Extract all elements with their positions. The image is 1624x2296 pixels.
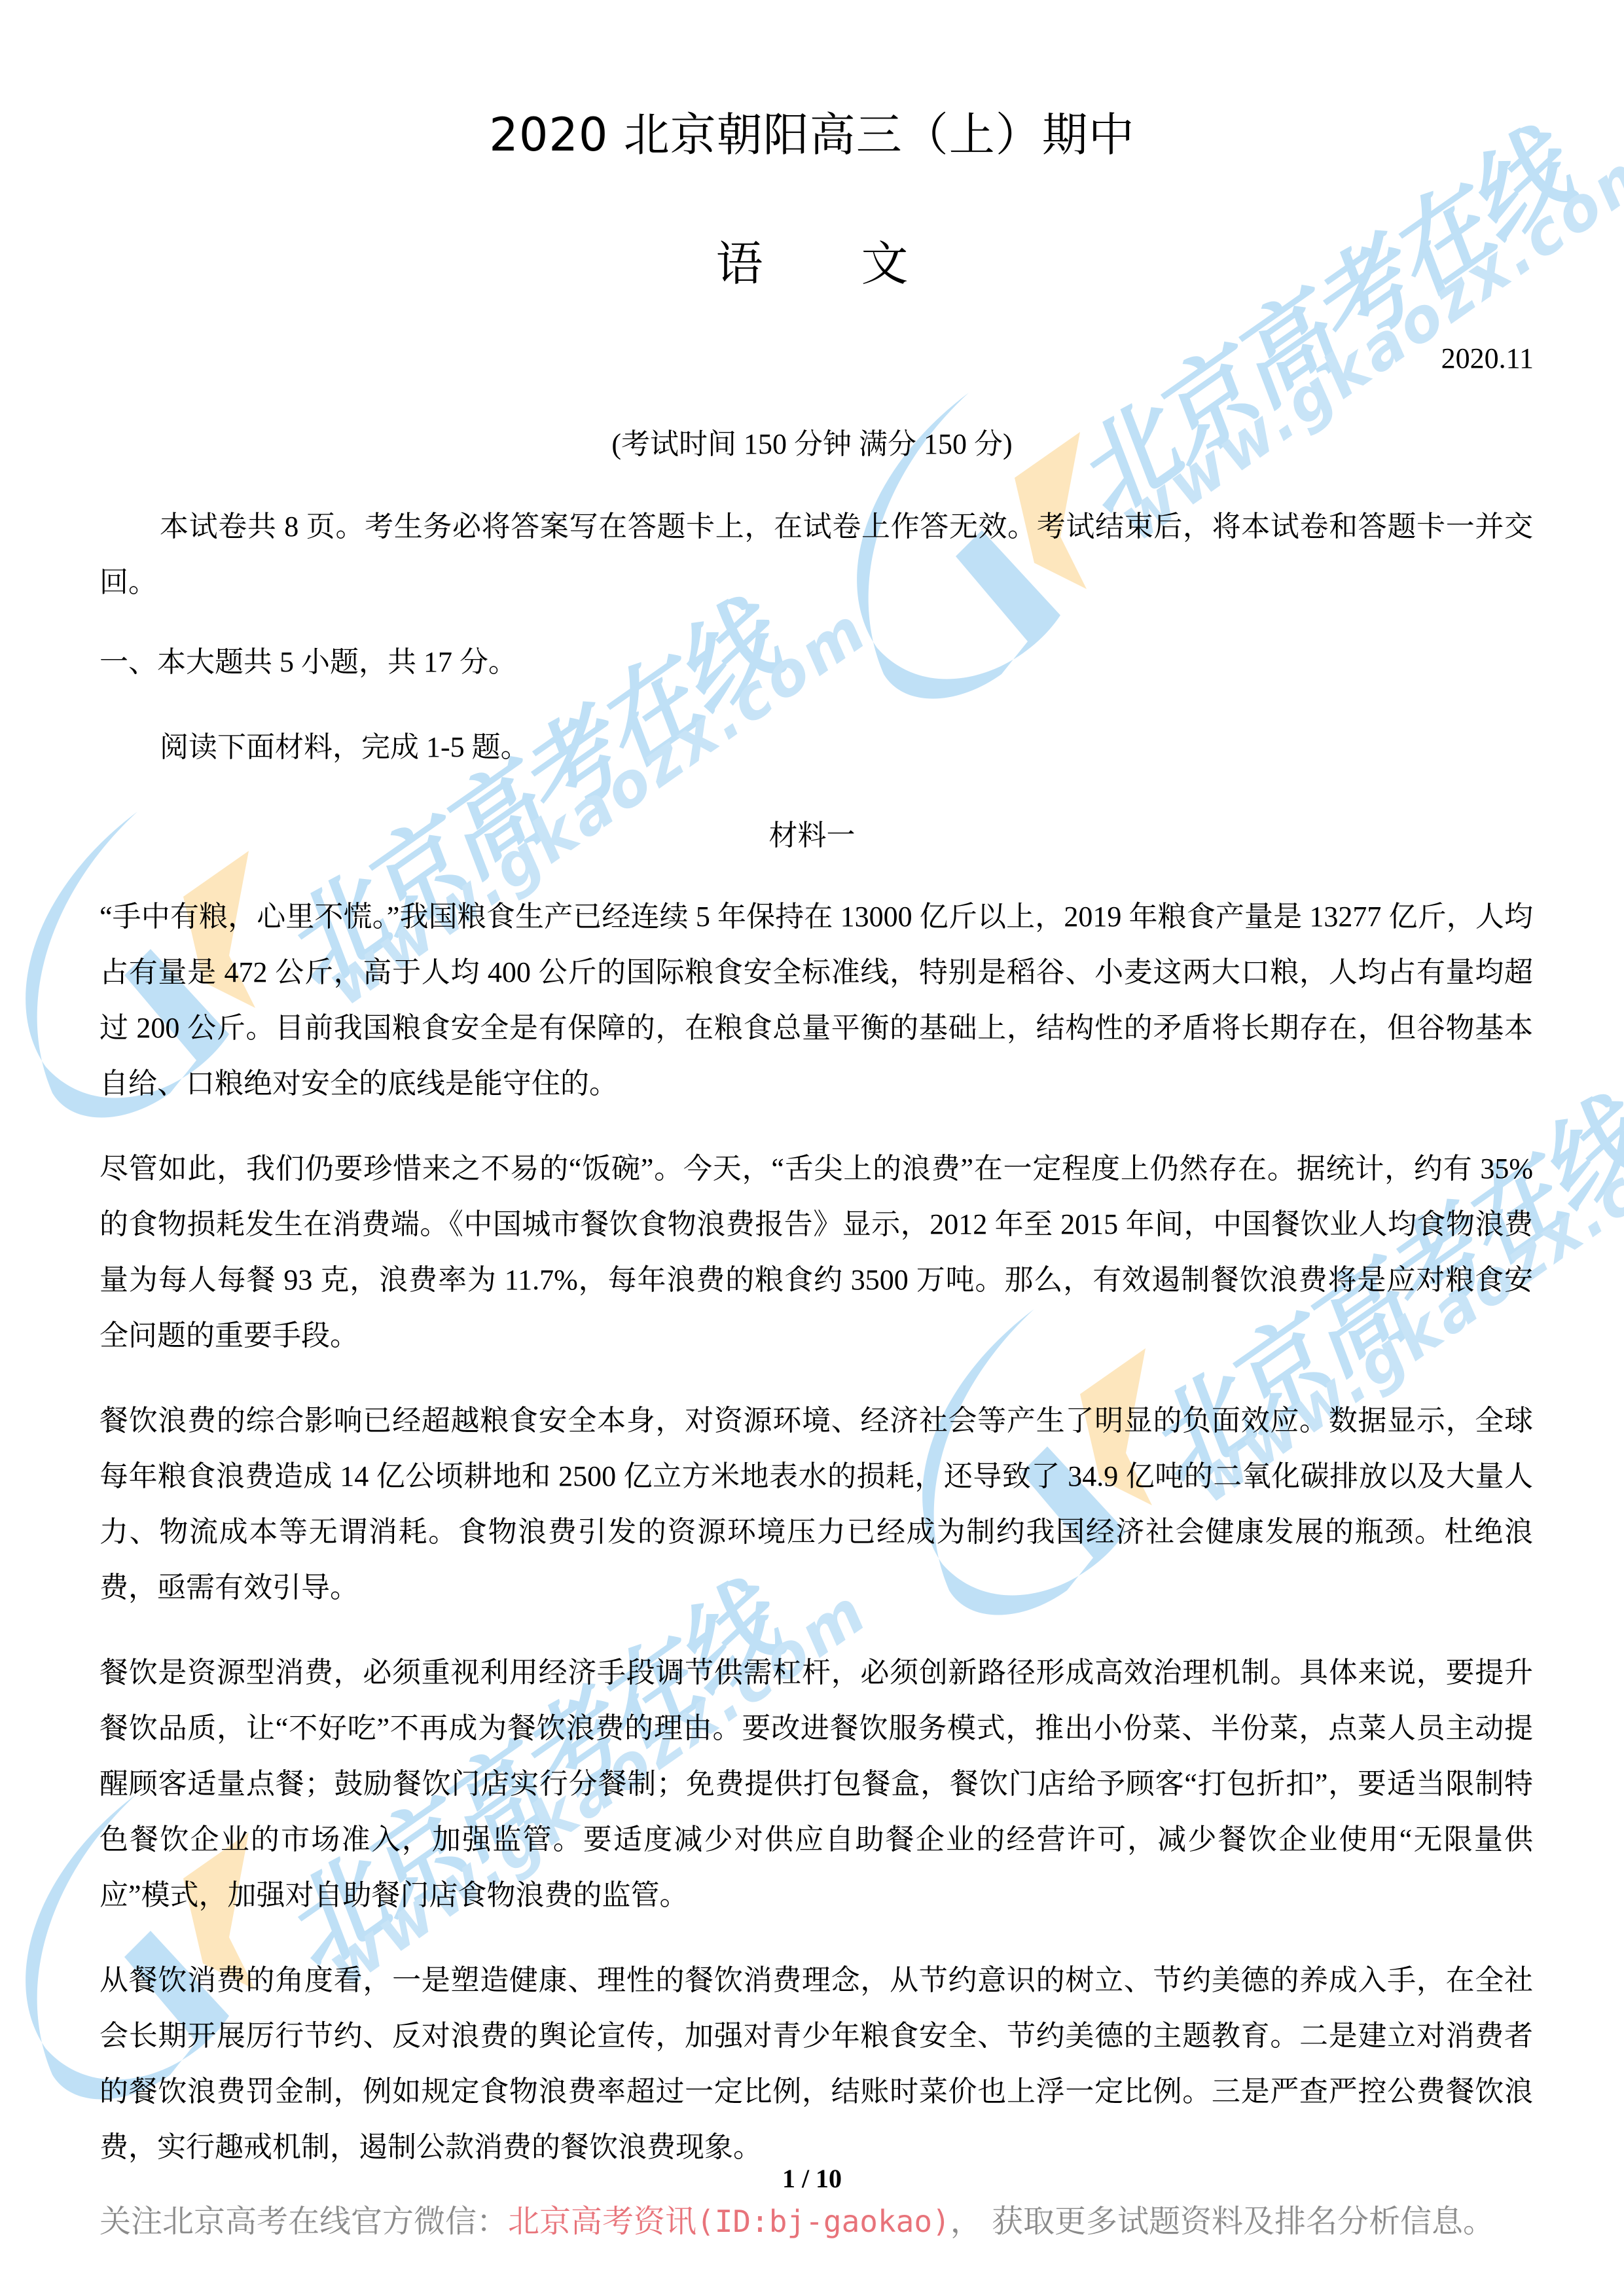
page-number: 1 / 10 — [0, 2163, 1624, 2194]
subject-char: 语 — [715, 226, 763, 294]
reading-direction: 阅读下面材料，完成 1-5 题。 — [160, 723, 530, 765]
wechat-account-name[interactable]: 北京高考资讯 — [508, 2203, 696, 2240]
section-heading: 一、本大题共 5 小题，共 17 分。 — [99, 638, 517, 680]
subject-title: 语文 — [0, 226, 1624, 294]
material-paragraph: 餐饮浪费的综合影响已经超越粮食安全本身，对资源环境、经济社会等产生了明显的负面效… — [99, 1393, 1533, 1615]
wechat-account-id[interactable]: (ID:bj-gaokao) — [696, 2204, 950, 2239]
exam-page: 北京高考在线 www.gkaozx.com 北京高考在线 www.gkaozx.… — [0, 0, 1624, 2296]
material-paragraph: 餐饮是资源型消费，必须重视利用经济手段调节供需杠杆，必须创新路径形成高效治理机制… — [99, 1645, 1533, 1923]
material-paragraph: 尽管如此，我们仍要珍惜来之不易的“饭碗”。今天，“舌尖上的浪费”在一定程度上仍然… — [99, 1141, 1533, 1363]
material-title: 材料一 — [0, 812, 1624, 853]
document-content: 2020 北京朝阳高三（上）期中 语文 2020.11 (考试时间 150 分钟… — [0, 0, 1624, 2296]
instructions-paragraph: 本试卷共 8 页。考生务必将答案写在答题卡上，在试卷上作答无效。考试结束后，将本… — [99, 499, 1533, 610]
footer-suffix: ， 获取更多试题资料及排名分析信息。 — [950, 2203, 1494, 2240]
subject-char: 文 — [861, 226, 909, 294]
material-paragraph: 从餐饮消费的角度看，一是塑造健康、理性的餐饮消费理念，从节约意识的树立、节约美德… — [99, 1952, 1533, 2175]
document-title: 2020 北京朝阳高三（上）期中 — [0, 98, 1624, 164]
footer-prefix: 关注北京高考在线官方微信： — [99, 2203, 508, 2240]
exam-date: 2020.11 — [1441, 342, 1534, 375]
exam-duration-info: (考试时间 150 分钟 满分 150 分) — [0, 420, 1624, 462]
promo-footer: 关注北京高考在线官方微信：北京高考资讯(ID:bj-gaokao)， 获取更多试… — [99, 2196, 1494, 2241]
material-paragraph: “手中有粮，心里不慌。”我国粮食生产已经连续 5 年保持在 13000 亿斤以上… — [99, 889, 1533, 1111]
